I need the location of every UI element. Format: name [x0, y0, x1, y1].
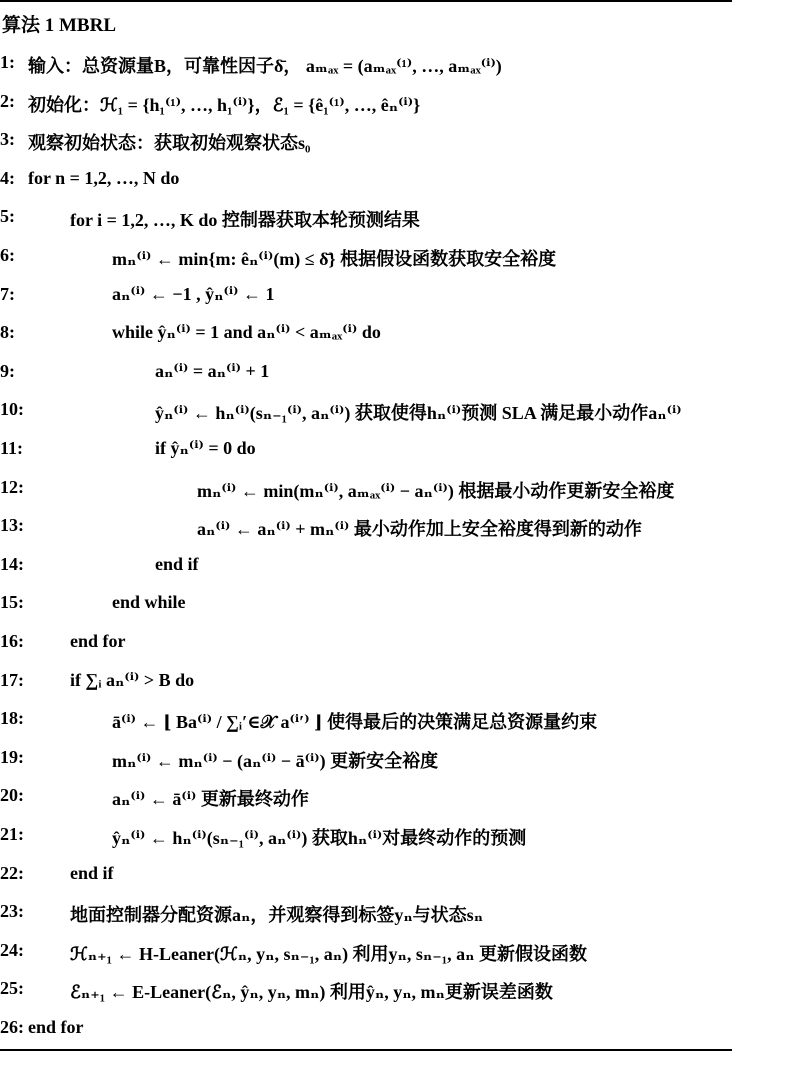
line-number: 12:: [0, 477, 60, 498]
line-content: aₙ⁽ⁱ⁾ ← aₙ⁽ⁱ⁾ + mₙ⁽ⁱ⁾ 最小动作加上安全裕度得到新的动作: [197, 515, 642, 541]
line-content: end for: [28, 1017, 84, 1038]
line-number: 6:: [0, 245, 60, 266]
line-content: end if: [70, 863, 114, 884]
line-content: 输入：总资源量B，可靠性因子δ̄， aₘₐₓ = (aₘₐₓ⁽¹⁾, …, aₘ…: [28, 52, 502, 78]
line-content: end for: [70, 631, 126, 652]
line-number: 19:: [0, 747, 60, 768]
line-content: 初始化：ℋ₁ = {h₁⁽¹⁾, …, h₁⁽ⁱ⁾}，ℰ₁ = {ê₁⁽¹⁾, …: [28, 91, 420, 117]
line-content: if ∑ᵢ aₙ⁽ⁱ⁾ > B do: [70, 670, 194, 691]
line-number: 8:: [0, 322, 60, 343]
bottom-rule: [0, 1049, 732, 1051]
line-content: aₙ⁽ⁱ⁾ ← −1 , ŷₙ⁽ⁱ⁾ ← 1: [112, 284, 275, 305]
line-content: ℋₙ₊₁ ← H-Leaner(ℋₙ, yₙ, sₙ₋₁, aₙ) 利用yₙ, …: [70, 940, 587, 966]
line-number: 17:: [0, 670, 60, 691]
line-content: 观察初始状态：获取初始观察状态s₀: [28, 129, 310, 155]
top-rule: [0, 0, 732, 2]
line-content: ŷₙ⁽ⁱ⁾ ← hₙ⁽ⁱ⁾(sₙ₋₁⁽ⁱ⁾, aₙ⁽ⁱ⁾) 获取hₙ⁽ⁱ⁾对最终…: [112, 824, 526, 850]
line-number: 5:: [0, 206, 60, 227]
line-number: 10:: [0, 399, 60, 420]
line-content: 地面控制器分配资源aₙ，并观察得到标签yₙ与状态sₙ: [70, 901, 483, 927]
line-content: for i = 1,2, …, K do 控制器获取本轮预测结果: [70, 206, 420, 232]
line-number: 13:: [0, 515, 60, 536]
line-content: while ŷₙ⁽ⁱ⁾ = 1 and aₙ⁽ⁱ⁾ < aₘₐₓ⁽ⁱ⁾ do: [112, 322, 381, 343]
line-number: 18:: [0, 708, 60, 729]
line-content: ŷₙ⁽ⁱ⁾ ← hₙ⁽ⁱ⁾(sₙ₋₁⁽ⁱ⁾, aₙ⁽ⁱ⁾) 获取使得hₙ⁽ⁱ⁾预…: [155, 399, 682, 425]
line-number: 9:: [0, 361, 60, 382]
line-number: 14:: [0, 554, 60, 575]
line-content: ℰₙ₊₁ ← E-Leaner(ℰₙ, ŷₙ, yₙ, mₙ) 利用ŷₙ, yₙ…: [70, 978, 553, 1004]
line-content: ā⁽ⁱ⁾ ← ⌊ Ba⁽ⁱ⁾ / ∑ᵢ′∈𝒳 a⁽ⁱ′⁾ ⌋ 使得最后的决策满足…: [112, 708, 597, 734]
line-content: aₙ⁽ⁱ⁾ = aₙ⁽ⁱ⁾ + 1: [155, 361, 269, 382]
line-content: aₙ⁽ⁱ⁾ ← ā⁽ⁱ⁾ 更新最终动作: [112, 785, 309, 811]
line-number: 25:: [0, 978, 60, 999]
line-number: 21:: [0, 824, 60, 845]
line-content: for n = 1,2, …, N do: [28, 168, 179, 189]
line-content: mₙ⁽ⁱ⁾ ← mₙ⁽ⁱ⁾ − (aₙ⁽ⁱ⁾ − ā⁽ⁱ⁾) 更新安全裕度: [112, 747, 438, 773]
line-number: 22:: [0, 863, 60, 884]
line-number: 24:: [0, 940, 60, 961]
line-content: mₙ⁽ⁱ⁾ ← min{m: êₙ⁽ⁱ⁾(m) ≤ δ̄} 根据假设函数获取安全…: [112, 245, 556, 271]
line-content: mₙ⁽ⁱ⁾ ← min(mₙ⁽ⁱ⁾, aₘₐₓ⁽ⁱ⁾ − aₙ⁽ⁱ⁾) 根据最小…: [197, 477, 674, 503]
line-number: 15:: [0, 592, 60, 613]
line-number: 20:: [0, 785, 60, 806]
line-number: 7:: [0, 284, 60, 305]
line-content: end while: [112, 592, 186, 613]
line-content: end if: [155, 554, 199, 575]
line-number: 23:: [0, 901, 60, 922]
line-number: 11:: [0, 438, 60, 459]
line-number: 16:: [0, 631, 60, 652]
line-content: if ŷₙ⁽ⁱ⁾ = 0 do: [155, 438, 256, 459]
algorithm-title: 算法 1 MBRL: [2, 10, 116, 37]
